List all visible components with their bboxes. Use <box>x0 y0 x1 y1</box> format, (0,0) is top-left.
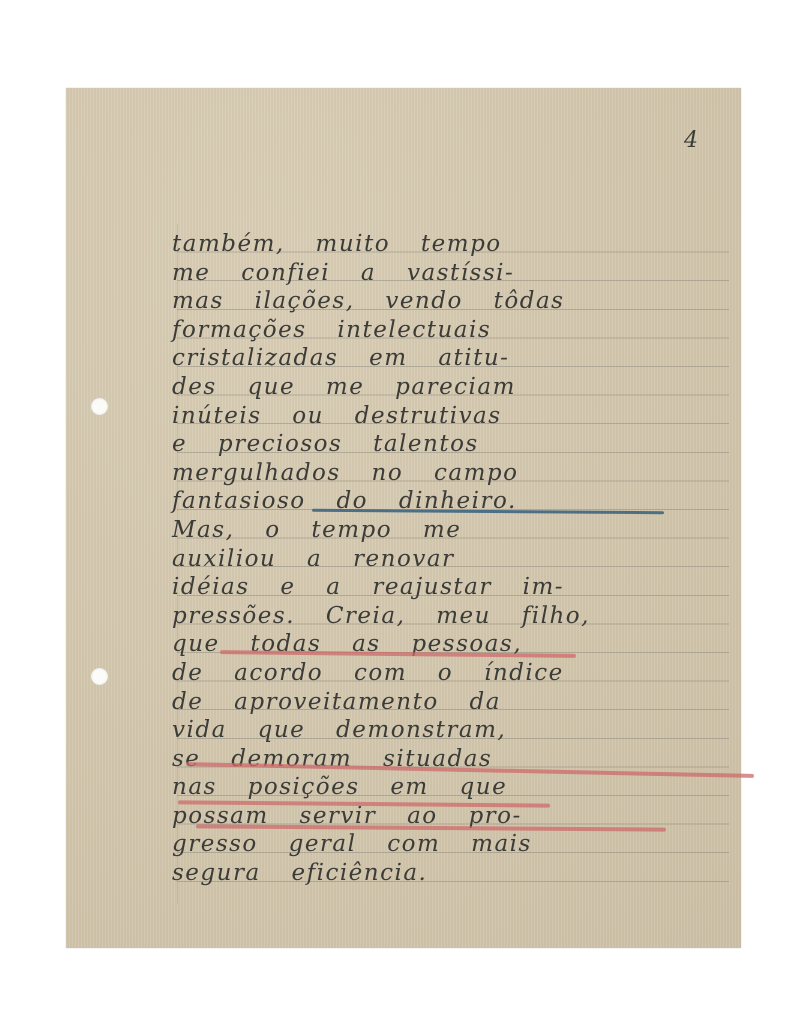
text-line: gresso geral com mais <box>172 830 732 859</box>
text-line: mergulhados no campo <box>172 459 732 488</box>
text-line: de acordo com o índice <box>172 659 732 688</box>
handwritten-text: também, muito tempo me confiei a vastíss… <box>172 230 732 888</box>
text-line: me confiei a vastíssi- <box>172 259 732 288</box>
text-line: Mas, o tempo me <box>172 516 732 545</box>
text-line: pressões. Creia, meu filho, <box>172 602 732 631</box>
text-line: segura eficiência. <box>172 859 732 888</box>
text-line: formações intelectuais <box>172 316 732 345</box>
text-line: idéias e a reajustar im- <box>172 573 732 602</box>
text-line: nas posições em que <box>172 773 732 802</box>
binder-hole-top <box>91 398 108 415</box>
text-line: mas ilações, vendo tôdas <box>172 287 732 316</box>
text-line: também, muito tempo <box>172 230 732 259</box>
text-line: des que me pareciam <box>172 373 732 402</box>
text-line: auxiliou a renovar <box>172 545 732 574</box>
binder-hole-bottom <box>91 668 108 685</box>
text-line: de aproveitamento da <box>172 688 732 717</box>
text-line: e preciosos talentos <box>172 430 732 459</box>
text-line: vida que demonstram, <box>172 716 732 745</box>
text-line: cristalizadas em atitu- <box>172 344 732 373</box>
text-line: inúteis ou destrutivas <box>172 402 732 431</box>
manuscript-page: 4 também, muito tempo me confiei a vastí… <box>66 88 741 948</box>
page-number: 4 <box>684 128 698 153</box>
